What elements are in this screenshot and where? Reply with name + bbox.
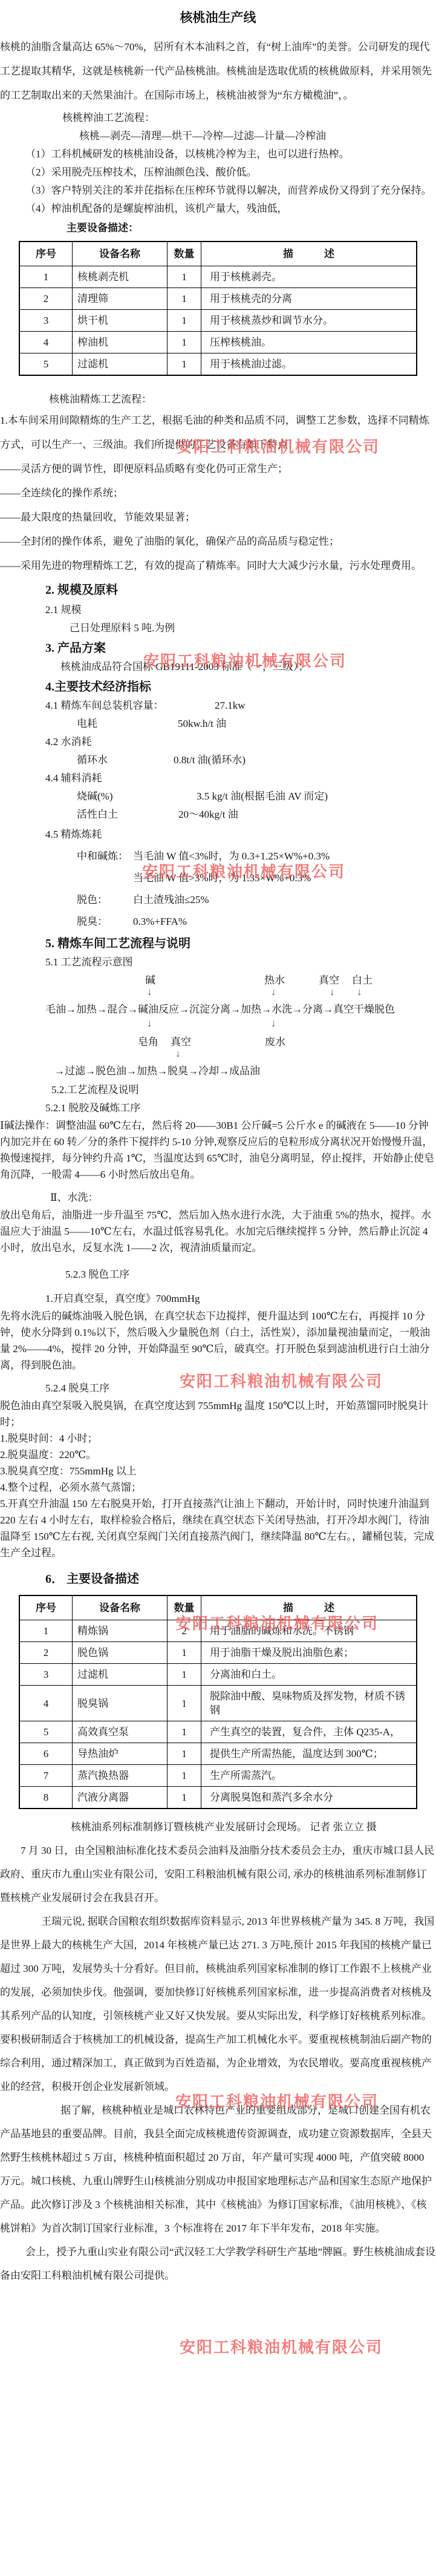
table-cell: 导热油炉 xyxy=(73,1743,168,1765)
spec-label: 4.2 水消耗 xyxy=(45,733,92,751)
deodorize-item: 2.脱臭温度：220℃。 xyxy=(0,1447,436,1463)
table-row: 2清理筛1用于核桃壳的分离 xyxy=(19,288,417,310)
table-row: 8汽液分离器1分离脱臭饱和蒸汽多余水分 xyxy=(19,1787,417,1809)
vacuum-pump-line: 1.开启真空泵，真空度》700mmHg xyxy=(45,1290,406,1308)
spec-row: 4.4 辅料消耗 xyxy=(45,769,406,787)
table-row: 4榨油机1压榨核桃油。 xyxy=(19,332,417,353)
table-row: 3过滤机1分离油和白土。 xyxy=(19,1664,417,1686)
section-5-1: 5.1 工艺流程示意图 xyxy=(45,953,406,971)
refine-feature: ——灵活方便的调节性，即便原料品质略有变化仍可正常生产； xyxy=(0,457,436,481)
table-cell: 7 xyxy=(19,1765,73,1787)
table-cell: 清理筛 xyxy=(73,288,168,310)
refine-feature: ——采用先进的物理精炼工艺，有效的提高了精炼率。同时大大减少污水量，污水处理费用… xyxy=(0,554,436,578)
table-cell: 汽液分离器 xyxy=(73,1787,168,1809)
press-process-flow: 核桃—剥壳—清理—烘干—冷榨—过滤—计量—冷榨油 xyxy=(45,127,406,145)
press-process-heading: 核桃榨油工艺流程： xyxy=(45,109,406,127)
spec-label: 脱色： xyxy=(77,889,133,911)
table-cell: 过滤机 xyxy=(73,353,168,376)
table-cell: 精炼锅 xyxy=(73,1620,168,1642)
table-cell: 3 xyxy=(19,1664,73,1686)
section-2-1: 2.1 规模 xyxy=(45,601,406,619)
table-cell: 压榨核桃油。 xyxy=(201,332,417,353)
deodorize-intro: 脱色油由真空泵吸入脱臭锅，在真空度达到 755mmHg 温度 150℃以上时，开… xyxy=(0,1398,436,1430)
table-cell: 脱除油中酸、臭味物质及挥发物，材质不锈钢 xyxy=(201,1686,417,1721)
table-cell: 提供生产所需热能，温度达到 300℃； xyxy=(201,1743,417,1765)
table-cell: 分离油和白土。 xyxy=(201,1664,417,1686)
refine-feature: ——最大限度的热量回收，节能效果显著； xyxy=(0,505,436,530)
section-5-2-1-body: Ⅰ碱法操作：调整油温 60℃左右，然后将 20——30B1 公斤碱=5 公斤水 … xyxy=(0,1117,436,1183)
spec-label: 中和碱炼： xyxy=(77,846,133,867)
table-cell: 1 xyxy=(168,332,201,353)
table-cell: 过滤机 xyxy=(73,1664,168,1686)
col-header-no: 序号 xyxy=(19,241,73,266)
diagram-output-soapstock: 皂角 xyxy=(138,1033,158,1048)
refine-feature: ——全连续化的操作系统； xyxy=(0,481,436,505)
diagram-output-wastewater: 废水 xyxy=(265,1033,285,1048)
watermark: 安阳工科粮油机械有限公司 xyxy=(180,2335,383,2357)
table-cell: 1 xyxy=(168,1664,201,1686)
table-cell: 1 xyxy=(168,288,201,310)
down-arrow-icon: ↓ xyxy=(330,986,335,998)
table-cell: 1 xyxy=(168,310,201,332)
deodorize-item: 5.开真空升油温 150 左右脱臭开始，打开直接蒸汽让油上下翻动，开始计时，同时… xyxy=(0,1496,436,1561)
watermark: 安阳工科粮油机械有限公司 xyxy=(177,435,380,457)
table-row: 4脱臭锅1脱除油中酸、臭味物质及挥发物，材质不锈钢 xyxy=(19,1686,417,1721)
watermark: 安阳工科粮油机械有限公司 xyxy=(175,1611,379,1634)
watermark: 安阳工科粮油机械有限公司 xyxy=(142,859,345,882)
table-cell: 用于核桃蒸炒和调节水分。 xyxy=(201,310,417,332)
spec-label: 4.5 精炼炼耗 xyxy=(45,824,102,846)
table-cell: 分离脱臭饱和蒸汽多余水分 xyxy=(201,1787,417,1809)
page-title: 核桃油生产线 xyxy=(0,7,436,28)
table-row: 5过滤机1用于核桃油过滤。 xyxy=(19,353,417,376)
press-point: （2）采用脱壳压榨技术，压榨油颜色浅、酸价低。 xyxy=(0,163,436,182)
table-row: 5高效真空泵1产生真空的装置，复合件，主体 Q235-A， xyxy=(19,1721,417,1743)
spec-value: 0.8t/t 油(循环水) xyxy=(174,751,406,769)
spec-row: 脱色： 白土渣残油≤25% xyxy=(45,889,406,911)
table-row: 1核桃剥壳机1用于核桃剥壳。 xyxy=(19,266,417,288)
spec-row: 脱臭： 0.3%+FFA% xyxy=(45,911,406,933)
table-cell: 蒸汽换热器 xyxy=(73,1765,168,1787)
equipment-table-heading: 主要设备描述： xyxy=(45,219,406,237)
news-paragraph: 会上，授予九重山实业有限公司“武汉轻工大学教学科研生产基地”牌匾。野生核桃油成套… xyxy=(0,2240,436,2287)
table-cell: 1 xyxy=(19,1620,73,1642)
spec-label: 4.4 辅料消耗 xyxy=(45,769,102,787)
table-cell: 2 xyxy=(19,1642,73,1664)
watermark: 安阳工科粮油机械有限公司 xyxy=(143,649,347,671)
table-cell: 6 xyxy=(19,1743,73,1765)
spec-value: 27.1kw xyxy=(215,697,406,715)
down-arrow-icon: ↓ xyxy=(175,1048,181,1060)
table-cell: 用于核桃壳的分离 xyxy=(201,288,417,310)
table-cell: 1 xyxy=(168,266,201,288)
table-cell: 5 xyxy=(19,353,73,376)
watermark: 安阳工科粮油机械有限公司 xyxy=(180,1369,383,1391)
table-cell: 高效真空泵 xyxy=(73,1721,168,1743)
section-2-heading: 2. 规模及原料 xyxy=(45,580,406,600)
news-paragraph: 王瑞元说, 据联合国粮农组织数据库资料显示, 2013 年世界核桃产量为 345… xyxy=(0,1910,436,2098)
table-cell: 核桃剥壳机 xyxy=(73,266,168,288)
refine-process-heading: 核桃油精炼工艺流程： xyxy=(45,390,406,409)
col-header-desc: 描 述 xyxy=(201,241,417,266)
down-arrow-icon: ↓ xyxy=(147,1017,152,1030)
table-cell: 用于油脂干燥及脱出油脂色素； xyxy=(201,1642,417,1664)
spec-value: 20～40kg/t 油 xyxy=(178,806,406,824)
down-arrow-icon: ↓ xyxy=(357,986,362,998)
table-cell: 5 xyxy=(19,1721,73,1743)
table-row: 7蒸汽换热器1生产所需蒸汽。 xyxy=(19,1765,417,1787)
col-header-name: 设备名称 xyxy=(73,241,168,266)
table-row: 3烘干机1用于核桃蒸炒和调节水分。 xyxy=(19,310,417,332)
col-header-qty: 数量 xyxy=(168,241,201,266)
section-5-2: 5.2.工艺流程及说明 xyxy=(45,1081,406,1099)
section-2-body: 己日处理原料 5 吨.为例 xyxy=(45,619,406,637)
section-5-2-1-heading: 5.2.1 脱胶及碱炼工序 xyxy=(45,1099,406,1117)
diagram-label-vacuum: 真空 xyxy=(171,1033,191,1048)
table-cell: 1 xyxy=(19,266,73,288)
spec-value: 白土渣残油≤25% xyxy=(133,889,406,911)
table-cell: 脱色锅 xyxy=(73,1642,168,1664)
spec-label: 烧碱(%) xyxy=(77,787,197,806)
diagram-input-hot-water: 热水 xyxy=(264,971,285,987)
watermark: 安阳工科粮油机械有限公司 xyxy=(175,2089,379,2112)
table-cell: 生产所需蒸汽。 xyxy=(201,1765,417,1787)
table-cell: 1 xyxy=(168,1787,201,1809)
table-cell: 1 xyxy=(168,1686,201,1721)
refine-feature: ——全封闭的操作体系，避免了油脂的氧化，确保产品的高品质与稳定性； xyxy=(0,530,436,554)
down-arrow-icon: ↓ xyxy=(271,1017,276,1030)
diagram-flow-line-2: →过滤→脱色油→加热→脱臭→冷却→成品油 xyxy=(54,1062,260,1077)
press-equipment-table: 序号 设备名称 数量 描 述 1核桃剥壳机1用于核桃剥壳。2清理筛1用于核桃壳的… xyxy=(19,241,417,376)
news-paragraph: 7 月 30 日，由全国粮油标准化技术委员会油料及油脂分技术委员会主办，重庆市城… xyxy=(0,1839,436,1910)
down-arrow-icon: ↓ xyxy=(147,986,152,998)
table-cell: 8 xyxy=(19,1787,73,1809)
col-header-name: 设备名称 xyxy=(73,1595,168,1620)
table-cell: 1 xyxy=(168,353,201,376)
spec-value: 50kw.h/t 油 xyxy=(178,715,406,733)
table-header-row: 序号 设备名称 数量 描 述 xyxy=(19,241,417,266)
diagram-input-vacuum: 真空 xyxy=(319,971,339,987)
diagram-input-alkali: 碱 xyxy=(145,971,155,987)
section-5-2-3-heading: 5.2.3 脱色工序 xyxy=(45,1266,406,1284)
table-cell: 用于核桃油过滤。 xyxy=(201,353,417,376)
table-cell: 烘干机 xyxy=(73,310,168,332)
spec-value: 3.5 kg/t 油(根据毛油 AV 而定) xyxy=(197,787,406,806)
deodorize-item: 1.脱臭时间：4 小时； xyxy=(0,1430,436,1447)
table-row: 2脱色锅1用于油脂干燥及脱出油脂色素； xyxy=(19,1642,417,1664)
table-cell: 1 xyxy=(168,1642,201,1664)
table-row: 6导热油炉1提供生产所需热能，温度达到 300℃； xyxy=(19,1743,417,1765)
intro-paragraph: 核桃的油脂含量高达 65%～70%，居所有木本油料之首，有“树上油库”的美誉。公… xyxy=(0,35,436,108)
wash-heading: Ⅱ、水洗： xyxy=(45,1189,406,1207)
spec-row: 4.1 精炼车间总装机容量： 27.1kw xyxy=(45,697,406,715)
news-caption: 核桃油系列标准制修订暨核桃产业发展研讨会现场。 记者 张立立 摄 xyxy=(45,1815,406,1839)
table-cell: 1 xyxy=(168,1743,201,1765)
down-arrow-icon: ↓ xyxy=(271,986,276,998)
spec-row: 活性白土 20～40kg/t 油 xyxy=(45,806,406,824)
diagram-input-clay: 白土 xyxy=(352,971,373,987)
diagram-flow-line-1: 毛油→加热→混合→碱油反应→沉淀分离→加热→水洗→分离→真空干燥脱色 xyxy=(45,1000,395,1016)
spec-value: 0.3%+FFA% xyxy=(133,911,406,933)
table-cell: 脱臭锅 xyxy=(73,1686,168,1721)
spec-label xyxy=(77,867,133,889)
table-cell: 4 xyxy=(19,1686,73,1721)
spec-row: 电耗 50kw.h/t 油 xyxy=(45,715,406,733)
deodorize-item: 4.整个过程，必须水蒸气蒸馏； xyxy=(0,1479,436,1496)
section-6-heading: 6． 主要设备描述 xyxy=(45,1569,406,1589)
spec-label: 脱臭： xyxy=(77,911,133,933)
table-cell: 3 xyxy=(19,310,73,332)
news-paragraph: 据了解，核桃种植业是城口农林特色产业的重要组成部分，是城口创建全国有机农产品基地… xyxy=(0,2098,436,2240)
section-5-2-3-body: 先将水洗后的碱炼油吸入脱色锅，在真空状态下边搅拌，便升温达到 100℃左右，再搅… xyxy=(0,1308,436,1373)
spec-row: 烧碱(%) 3.5 kg/t 油(根据毛油 AV 而定) xyxy=(45,787,406,806)
spec-label: 循环水 xyxy=(77,751,174,769)
table-cell: 榨油机 xyxy=(73,332,168,353)
col-header-no: 序号 xyxy=(19,1595,73,1620)
table-cell: 1 xyxy=(168,1721,201,1743)
deodorize-item: 3.脱臭真空度：755mmHg 以上 xyxy=(0,1463,436,1479)
table-cell: 用于核桃剥壳。 xyxy=(201,266,417,288)
spec-row: 循环水 0.8t/t 油(循环水) xyxy=(45,751,406,769)
table-cell: 1 xyxy=(168,1765,201,1787)
table-cell: 2 xyxy=(19,288,73,310)
press-point: （4）榨油机配备的是螺旋榨油机，该机产量大，残油低， xyxy=(0,200,436,218)
section-4-heading: 4.主要技术经济指标 xyxy=(45,677,406,697)
section-5-heading: 5. 精炼车间工艺流程与说明 xyxy=(45,934,406,953)
table-cell: 4 xyxy=(19,332,73,353)
table-cell: 产生真空的装置，复合件，主体 Q235-A， xyxy=(201,1721,417,1743)
document-page: 安阳工科粮油机械有限公司 安阳工科粮油机械有限公司 安阳工科粮油机械有限公司 安… xyxy=(0,0,436,2576)
process-flow-diagram: 碱 热水 真空 白土 ↓ ↓ ↓ ↓ 毛油→加热→混合→碱油反应→沉淀分离→加热… xyxy=(0,971,436,1077)
spec-label: 活性白土 xyxy=(77,806,178,824)
wash-body: 放出皂角后，油脂进一步升温至 75℃，然后加入热水进行水洗，大于油重 5%的热水… xyxy=(0,1207,436,1256)
press-point: （3）客户特别关注的苯并芘指标在压榨环节就得以解决，而营养成份又得到了充分保持。 xyxy=(0,182,436,200)
spec-section-title: 4.5 精炼炼耗 xyxy=(45,824,406,846)
spec-label: 4.1 精炼车间总装机容量： xyxy=(45,697,215,715)
spec-label: 电耗 xyxy=(77,715,178,733)
spec-row: 4.2 水消耗 xyxy=(45,733,406,751)
press-point: （1）工科机械研发的核桃油设备，以核桃冷榨为主，也可以进行热榨。 xyxy=(0,145,436,163)
